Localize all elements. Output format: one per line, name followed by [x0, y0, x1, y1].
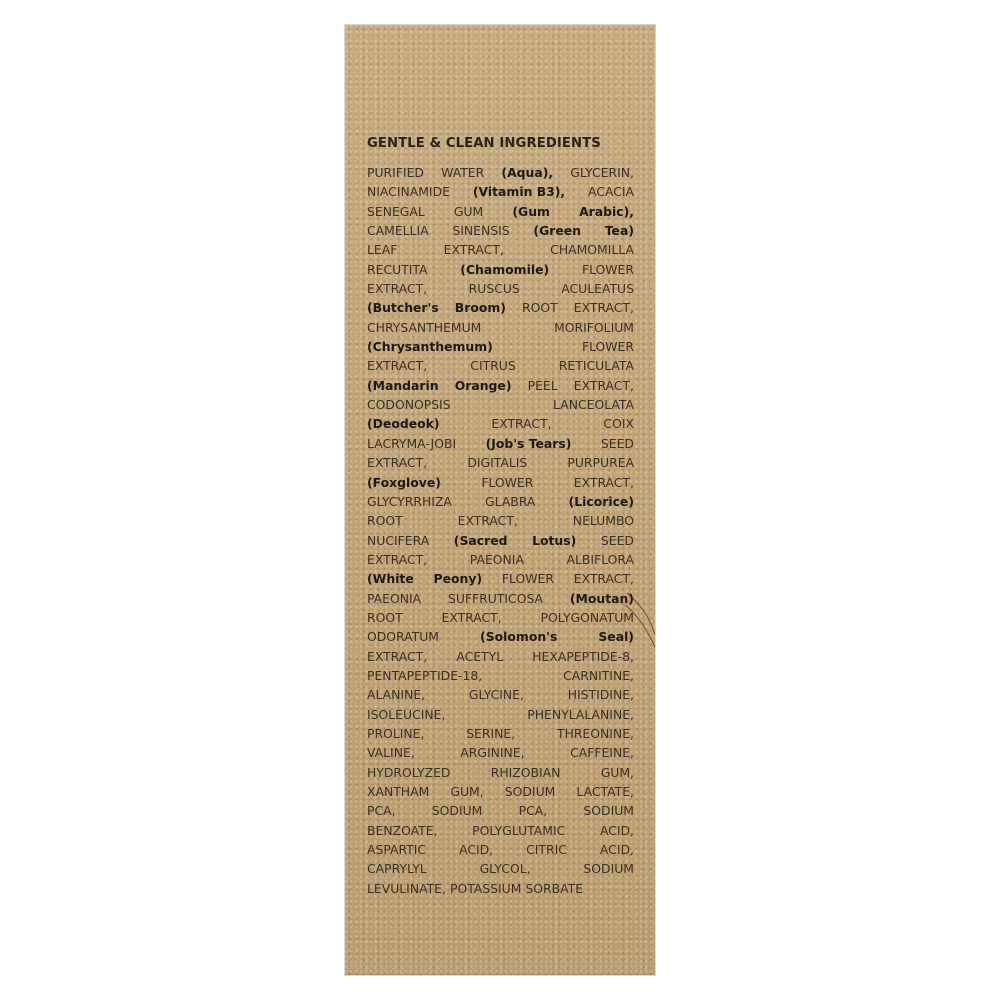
ingredient-word: ALANINE, — [367, 685, 425, 704]
ingredient-word: EXTRACT, — [367, 453, 427, 472]
ingredient-word: LACRYMA-JOBI — [367, 434, 456, 453]
ingredient-word: GLABRA — [485, 492, 535, 511]
ingredient-word: PCA, — [519, 801, 548, 820]
ingredient-word: XANTHAM — [367, 782, 429, 801]
ingredient-word: ODORATUM — [367, 627, 439, 646]
ingredient-word: FLOWER — [502, 569, 554, 588]
ingredient-word: RHIZOBIAN — [491, 763, 561, 782]
ingredient-word: ACACIA — [588, 182, 634, 201]
ingredient-line: CAMELLIASINENSIS(GreenTea) — [367, 221, 634, 240]
ingredient-word: EXTRACT, — [491, 414, 551, 433]
ingredient-word: CHRYSANTHEMUM — [367, 318, 481, 337]
ingredient-word: EXTRACT, — [367, 647, 427, 666]
ingredient-word: EXTRACT, — [367, 356, 427, 375]
ingredient-common-name: (Foxglove) — [367, 473, 441, 492]
ingredient-word: CAMELLIA — [367, 221, 429, 240]
ingredient-line: CHRYSANTHEMUMMORIFOLIUM — [367, 318, 634, 337]
ingredient-common-name: (Sacred — [454, 531, 508, 550]
ingredient-word: POLYGLUTAMIC — [472, 821, 565, 840]
ingredient-word: CARNITINE, — [563, 666, 634, 685]
ingredient-common-name: Seal) — [598, 627, 634, 646]
ingredient-common-name: Orange) — [455, 376, 512, 395]
ingredient-line: LEVULINATE,POTASSIUMSORBATE — [367, 879, 634, 898]
ingredient-word: CAFFEINE, — [570, 743, 634, 762]
ingredient-line: EXTRACT,RUSCUSACULEATUS — [367, 279, 634, 298]
ingredient-common-name: (Aqua), — [501, 163, 553, 182]
ingredient-word: SODIUM — [583, 859, 634, 878]
ingredient-word: CODONOPSIS — [367, 395, 451, 414]
ingredient-word: HISTIDINE, — [568, 685, 634, 704]
ingredient-word: EXTRACT, — [574, 298, 634, 317]
ingredient-word: PENTAPEPTIDE-18, — [367, 666, 482, 685]
ingredient-common-name: (Vitamin B3), — [473, 182, 565, 201]
ingredient-word: ROOT — [367, 608, 403, 627]
ingredient-line: VALINE,ARGININE,CAFFEINE, — [367, 743, 634, 762]
ingredient-word: FLOWER — [582, 260, 634, 279]
ingredient-line: (Butcher'sBroom)ROOTEXTRACT, — [367, 298, 634, 317]
ingredient-line: ROOTEXTRACT,POLYGONATUM — [367, 608, 634, 627]
ingredient-word: ROOT — [522, 298, 558, 317]
ingredient-line: PENTAPEPTIDE-18,CARNITINE, — [367, 666, 634, 685]
ingredient-common-name: (Gum — [512, 202, 550, 221]
ingredient-common-name: Arabic), — [579, 202, 634, 221]
ingredient-line: NUCIFERA(SacredLotus)SEED — [367, 531, 634, 550]
ingredient-line: CAPRYLYLGLYCOL,SODIUM — [367, 859, 634, 878]
ingredient-word: CITRUS — [470, 356, 515, 375]
ingredient-word: RECUTITA — [367, 260, 427, 279]
ingredient-word: GLYCOL, — [480, 859, 531, 878]
ingredient-word: ASPARTIC — [367, 840, 426, 859]
ingredient-line: SENEGALGUM(GumArabic), — [367, 202, 634, 221]
ingredient-word: GUM, — [450, 782, 483, 801]
ingredient-common-name: (Job's Tears) — [486, 434, 572, 453]
ingredient-word: SERINE, — [466, 724, 515, 743]
ingredient-word: NIACINAMIDE — [367, 182, 450, 201]
ingredient-line: (Foxglove)FLOWEREXTRACT, — [367, 473, 634, 492]
ingredient-line: PROLINE,SERINE,THREONINE, — [367, 724, 634, 743]
ingredient-word: PEEL — [528, 376, 558, 395]
ingredient-word: NUCIFERA — [367, 531, 429, 550]
ingredient-word: FLOWER — [582, 337, 634, 356]
ingredient-common-name: (Solomon's — [480, 627, 557, 646]
ingredient-word: EXTRACT, — [441, 608, 501, 627]
ingredient-word: GUM, — [601, 763, 634, 782]
ingredient-common-name: (Green — [533, 221, 581, 240]
ingredient-word: PHENYLALANINE, — [527, 705, 634, 724]
ingredient-word: ACULEATUS — [561, 279, 634, 298]
ingredient-word: ROOT — [367, 511, 403, 530]
ingredient-word: SUFFRUTICOSA — [448, 589, 543, 608]
ingredient-word: EXTRACT, — [574, 376, 634, 395]
ingredient-common-name: Tea) — [605, 221, 634, 240]
ingredient-word: DIGITALIS — [467, 453, 527, 472]
ingredient-word: SODIUM — [432, 801, 483, 820]
ingredient-line: PAEONIASUFFRUTICOSA(Moutan) — [367, 589, 634, 608]
ingredient-word: SEED — [601, 531, 634, 550]
ingredient-line: RECUTITA(Chamomile)FLOWER — [367, 260, 634, 279]
ingredient-word: SODIUM — [505, 782, 556, 801]
ingredient-line: BENZOATE,POLYGLUTAMICACID, — [367, 821, 634, 840]
ingredient-line: PCA,SODIUMPCA,SODIUM — [367, 801, 634, 820]
ingredient-common-name: (Chrysanthemum) — [367, 337, 493, 356]
ingredient-word: COIX — [603, 414, 634, 433]
ingredient-line: EXTRACT,PAEONIAALBIFLORA — [367, 550, 634, 569]
ingredient-word: LEAF — [367, 240, 397, 259]
ingredient-word: EXTRACT, — [367, 279, 427, 298]
ingredient-line: (MandarinOrange)PEELEXTRACT, — [367, 376, 634, 395]
ingredient-line: ASPARTICACID,CITRICACID, — [367, 840, 634, 859]
ingredient-word: EXTRACT, — [574, 473, 634, 492]
ingredient-word: FLOWER — [481, 473, 533, 492]
ingredient-word: PROLINE, — [367, 724, 424, 743]
ingredient-word: VALINE, — [367, 743, 415, 762]
ingredient-line: XANTHAMGUM,SODIUMLACTATE, — [367, 782, 634, 801]
ingredient-word: GLYCYRRHIZA — [367, 492, 452, 511]
ingredient-line: (Chrysanthemum)FLOWER — [367, 337, 634, 356]
ingredient-word: POLYGONATUM — [540, 608, 634, 627]
ingredient-word: HEXAPEPTIDE-8, — [532, 647, 634, 666]
ingredient-word: GLYCERIN, — [570, 163, 634, 182]
ingredient-word: SEED — [601, 434, 634, 453]
ingredient-common-name: (White — [367, 569, 414, 588]
ingredient-line: (Deodeok)EXTRACT,COIX — [367, 414, 634, 433]
ingredient-word: EXTRACT, — [458, 511, 518, 530]
ingredient-word: CHAMOMILLA — [550, 240, 634, 259]
ingredients-label-panel: GENTLE & CLEAN INGREDIENTS PURIFIEDWATER… — [345, 25, 655, 975]
ingredient-word: CAPRYLYL — [367, 859, 427, 878]
panel-title: GENTLE & CLEAN INGREDIENTS — [367, 136, 637, 151]
ingredient-common-name: Lotus) — [532, 531, 576, 550]
ingredient-line: ODORATUM(Solomon'sSeal) — [367, 627, 634, 646]
ingredient-line: EXTRACT,ACETYLHEXAPEPTIDE-8, — [367, 647, 634, 666]
ingredient-word: PURIFIED — [367, 163, 424, 182]
ingredient-common-name: (Moutan) — [570, 589, 634, 608]
ingredient-word: NELUMBO — [573, 511, 634, 530]
ingredient-word: ACID, — [600, 840, 634, 859]
ingredient-word: LEVULINATE, — [367, 879, 446, 898]
ingredient-line: CODONOPSISLANCEOLATA — [367, 395, 634, 414]
ingredient-common-name: (Deodeok) — [367, 414, 440, 433]
ingredient-word: WATER — [441, 163, 484, 182]
ingredient-word: POTASSIUM — [450, 879, 521, 898]
ingredient-common-name: (Butcher's — [367, 298, 439, 317]
ingredient-common-name: Broom) — [455, 298, 506, 317]
ingredient-word: SENEGAL — [367, 202, 425, 221]
ingredient-word: EXTRACT, — [367, 550, 427, 569]
ingredient-line: ISOLEUCINE,PHENYLALANINE, — [367, 705, 634, 724]
ingredient-word: ACID, — [600, 821, 634, 840]
ingredient-word: RUSCUS — [469, 279, 520, 298]
ingredient-common-name: (Chamomile) — [460, 260, 549, 279]
ingredient-line: NIACINAMIDE(Vitamin B3),ACACIA — [367, 182, 634, 201]
ingredient-line: EXTRACT,DIGITALISPURPUREA — [367, 453, 634, 472]
ingredient-common-name: (Licorice) — [569, 492, 634, 511]
ingredient-line: (WhitePeony)FLOWEREXTRACT, — [367, 569, 634, 588]
ingredient-line: PURIFIEDWATER(Aqua),GLYCERIN, — [367, 163, 634, 182]
ingredient-line: HYDROLYZEDRHIZOBIANGUM, — [367, 763, 634, 782]
ingredient-line: ALANINE,GLYCINE,HISTIDINE, — [367, 685, 634, 704]
ingredient-line: EXTRACT,CITRUSRETICULATA — [367, 356, 634, 375]
ingredient-word: PAEONIA — [470, 550, 524, 569]
ingredient-word: SORBATE — [525, 879, 583, 898]
ingredient-word: LANCEOLATA — [553, 395, 634, 414]
ingredient-common-name: Peony) — [434, 569, 483, 588]
ingredient-word: ALBIFLORA — [567, 550, 634, 569]
ingredient-word: BENZOATE, — [367, 821, 437, 840]
ingredient-word: GUM — [454, 202, 483, 221]
ingredient-word: SINENSIS — [452, 221, 509, 240]
ingredient-word: ACID, — [459, 840, 493, 859]
ingredient-word: RETICULATA — [559, 356, 634, 375]
ingredient-word: EXTRACT, — [574, 569, 634, 588]
ingredient-word: LACTATE, — [576, 782, 634, 801]
ingredients-list: PURIFIEDWATER(Aqua),GLYCERIN,NIACINAMIDE… — [367, 163, 634, 898]
ingredient-line: GLYCYRRHIZAGLABRA(Licorice) — [367, 492, 634, 511]
ingredient-word: MORIFOLIUM — [554, 318, 634, 337]
ingredient-word: ACETYL — [456, 647, 503, 666]
ingredient-word: THREONINE, — [557, 724, 634, 743]
ingredient-word: SODIUM — [583, 801, 634, 820]
ingredient-word: CITRIC — [526, 840, 567, 859]
ingredient-line: LEAFEXTRACT,CHAMOMILLA — [367, 240, 634, 259]
ingredient-line: ROOTEXTRACT,NELUMBO — [367, 511, 634, 530]
ingredient-word: EXTRACT, — [444, 240, 504, 259]
ingredient-common-name: (Mandarin — [367, 376, 439, 395]
ingredient-word: PAEONIA — [367, 589, 421, 608]
ingredient-word: ISOLEUCINE, — [367, 705, 445, 724]
ingredient-line: LACRYMA-JOBI(Job's Tears)SEED — [367, 434, 634, 453]
ingredient-word: PURPUREA — [567, 453, 634, 472]
ingredient-word: ARGININE, — [460, 743, 524, 762]
ingredient-word: GLYCINE, — [469, 685, 524, 704]
ingredient-word: HYDROLYZED — [367, 763, 450, 782]
ingredient-word: PCA, — [367, 801, 396, 820]
